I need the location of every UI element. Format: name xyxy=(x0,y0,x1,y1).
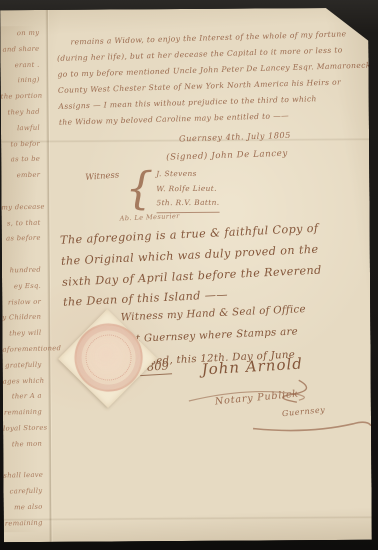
margin-fragment-line: loyal Stores xyxy=(3,421,42,438)
margin-fragment-line xyxy=(1,184,40,201)
witness-label: Witness xyxy=(85,170,120,183)
margin-fragment-line xyxy=(2,247,41,264)
margin-fragment-line: erant . xyxy=(0,57,39,74)
margin-fragment-line: they had xyxy=(1,105,40,122)
margin-fragment-line: lawful xyxy=(1,120,40,137)
margin-fragment-line: as before xyxy=(2,231,41,248)
margin-fragment-line: shall leave xyxy=(3,468,42,485)
notarial-certificate-text: The aforegoing is a true & faithful Copy… xyxy=(60,216,374,314)
margin-fragment-line: rislow or xyxy=(2,294,41,311)
margin-fragment-line: y Children xyxy=(2,310,41,327)
margin-fragment-line: ages which xyxy=(3,373,42,390)
witness-additional-name: Ab. Le Mesurier xyxy=(119,212,179,223)
witness-name: J. Stevens xyxy=(156,167,219,182)
margin-fragment-line: as to be xyxy=(1,152,40,169)
margin-fragment-line: ember xyxy=(1,168,40,185)
witness-name: W. Rolfe Lieut. xyxy=(156,181,219,196)
margin-fragment-line: s, to that xyxy=(1,215,40,232)
photograph-background: on myand shareerant .ining)the portionth… xyxy=(0,0,378,550)
witness-names: J. StevensW. Rolfe Lieut.5th. R.V. Battn… xyxy=(156,163,219,213)
margin-fragment-line: and share xyxy=(0,41,39,58)
margin-fragment-line: the mon xyxy=(3,436,42,453)
margin-fragment-line: ining) xyxy=(0,73,39,90)
margin-fragment-line: aforementioned xyxy=(2,342,41,359)
margin-fragment-line: carefully xyxy=(3,484,42,501)
notary-seal xyxy=(57,308,158,409)
margin-fragment-line: hundred xyxy=(2,263,41,280)
signed-line: (Signed) John De Lancey xyxy=(166,149,288,163)
document-page: on myand shareerant .ining)the portionth… xyxy=(0,8,372,543)
margin-fragment-line xyxy=(3,452,42,469)
witness-block: Witness { J. StevensW. Rolfe Lieut.5th. … xyxy=(85,163,219,216)
margin-fragment-line: ther A a xyxy=(3,389,42,406)
will-body-text: remains a Widow, to enjoy the Interest o… xyxy=(56,26,375,131)
facing-page-text-fragments: on myand shareerant .ining)the portionth… xyxy=(0,26,48,532)
margin-fragment-line: gratefully xyxy=(2,357,41,374)
margin-fragment-line: they will xyxy=(2,326,41,343)
margin-fragment-line: remaining xyxy=(4,515,43,532)
margin-fragment-line: me also xyxy=(3,500,42,517)
margin-fragment-line: on my xyxy=(0,26,39,43)
witness-brace: { xyxy=(125,163,153,215)
margin-fragment-line: ey Esq. xyxy=(2,278,41,295)
witness-name: 5th. R.V. Battn. xyxy=(156,196,219,213)
seal-inner-ring xyxy=(82,331,134,383)
horizontal-fold-crease xyxy=(4,516,372,522)
margin-fragment-line: to befor xyxy=(1,136,40,153)
seal-embossed-circle xyxy=(70,319,147,396)
margin-fragment-line: the portion xyxy=(1,89,40,106)
place-date-line: Guernsey 4th. July 1805 xyxy=(179,130,291,144)
margin-fragment-line: remaining xyxy=(3,405,42,422)
margin-fragment-line: my decease xyxy=(1,199,40,216)
